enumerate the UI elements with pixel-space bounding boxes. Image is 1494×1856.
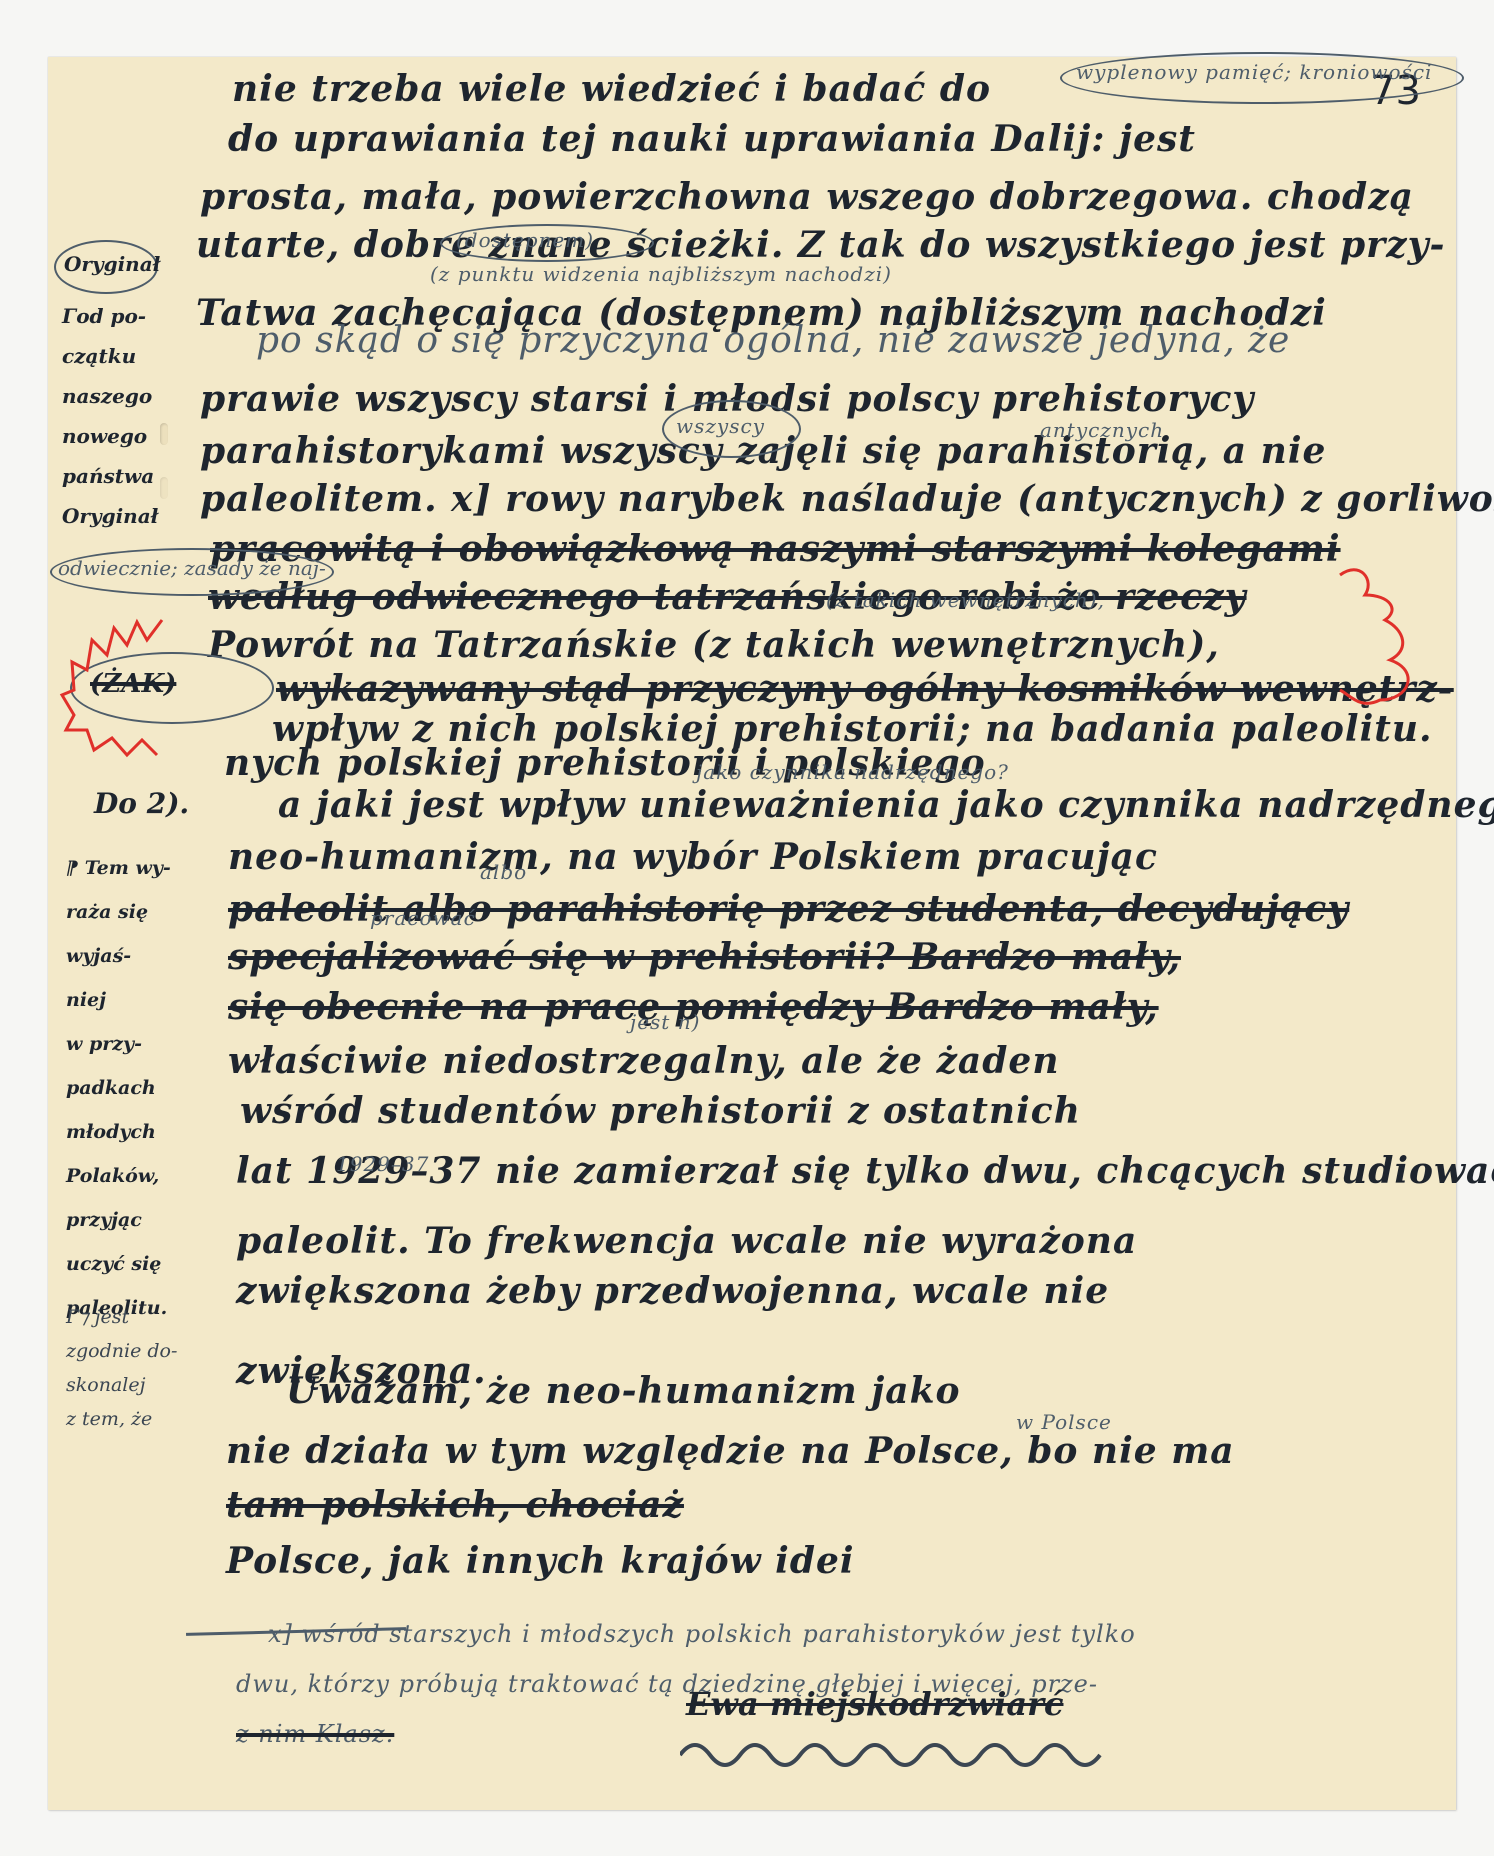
interlinear-note: albo [480,860,527,884]
text-line: a jaki jest wpływ unieważnienia jako czy… [278,784,1494,826]
text-line: zwiększona żeby przedwojenna, wcale nie [236,1270,1109,1312]
text-line: tam polskich, chociaż [226,1484,684,1526]
text-line: wykazywany stąd przyczyny ogólny kosmikó… [276,668,1454,710]
top-insertion: wyplenowy pamięć; kroniowości [1076,60,1432,84]
interlinear-note: pracować [370,906,476,930]
interlinear-note: 1929–37 [336,1152,429,1176]
text-line: po skąd o się przyczyna ogólna, nie zaws… [256,320,1290,361]
text-line: wśród studentów prehistorii z ostatnich [240,1090,1081,1132]
punch-hole [160,423,168,445]
margin-note: odwiecznie; zasady że naj- [58,548,326,588]
interlinear-note: wszyscy [676,414,765,438]
text-line: paleolitem. x] rowy narybek naśladuje (a… [200,478,1494,520]
text-line: paleolit. To frekwencja wcale nie wyrażo… [236,1220,1137,1262]
text-line: nie działa w tym względzie na Polsce, bo… [226,1430,1235,1472]
interlinear-note: jest n) [630,1010,700,1034]
punch-hole [160,477,168,499]
text-line: do uprawiania tej nauki uprawiania Dalij… [228,118,1196,160]
margin-note: Γ⁊ jest zgodnie do- skonalej z tem, że [66,1300,177,1436]
text-line: utarte, dobre znane ścieżki. Z tak do ws… [196,224,1445,266]
text-line: Uważam, że neo-humanizm jako [286,1370,961,1412]
interlinear-note: w Polsce [1016,1410,1112,1434]
margin-note: ⁋ Tem wy- raża się wyjaś- niej w przy- p… [66,846,171,1330]
text-line: neo-humanizm, na wybór Polskiem pracując [228,836,1158,878]
margin-note: Do 2). [94,784,189,824]
interlinear-note: jako czynnika nadrzędnego? [696,760,1009,784]
text-line: specjalizować się w prehistorii? Bardzo … [228,936,1181,978]
text-line: Powrót na Tatrzańskie (z takich wewnętrz… [208,624,1220,666]
footnote-line: x] wśród starszych i młodszych polskich … [268,1620,1136,1648]
text-line: prosta, mała, powierzchowna wszego dobrz… [200,176,1414,218]
interlinear-note: antycznych [1040,418,1164,442]
text-line: Polsce, jak innych krajów idei [226,1540,855,1582]
signature: Ewa miejskodrzwiarć [686,1685,1063,1723]
red-pencil-mark-left [52,600,202,760]
text-line: właściwie niedostrzegalny, ale że żaden [228,1040,1060,1082]
signature-underline [680,1730,1120,1770]
margin-note: Γod po- czątku naszego nowego państwa Or… [62,296,158,536]
footnote-line: z nim Klasz. [236,1720,394,1748]
interlinear-note: (z takich wewnętrznych), [826,588,1105,612]
margin-note: Oryginał [64,244,160,284]
text-line: pracowitą i obowiązkową naszymi starszym… [210,528,1341,570]
red-pencil-mark-right [1330,560,1440,730]
interlinear-note: (dostępnem) [456,228,594,252]
interlinear-note: (z punktu widzenia najbliższym nachodzi) [430,262,892,286]
text-line: nie trzeba wiele wiedzieć i badać do [232,68,991,110]
